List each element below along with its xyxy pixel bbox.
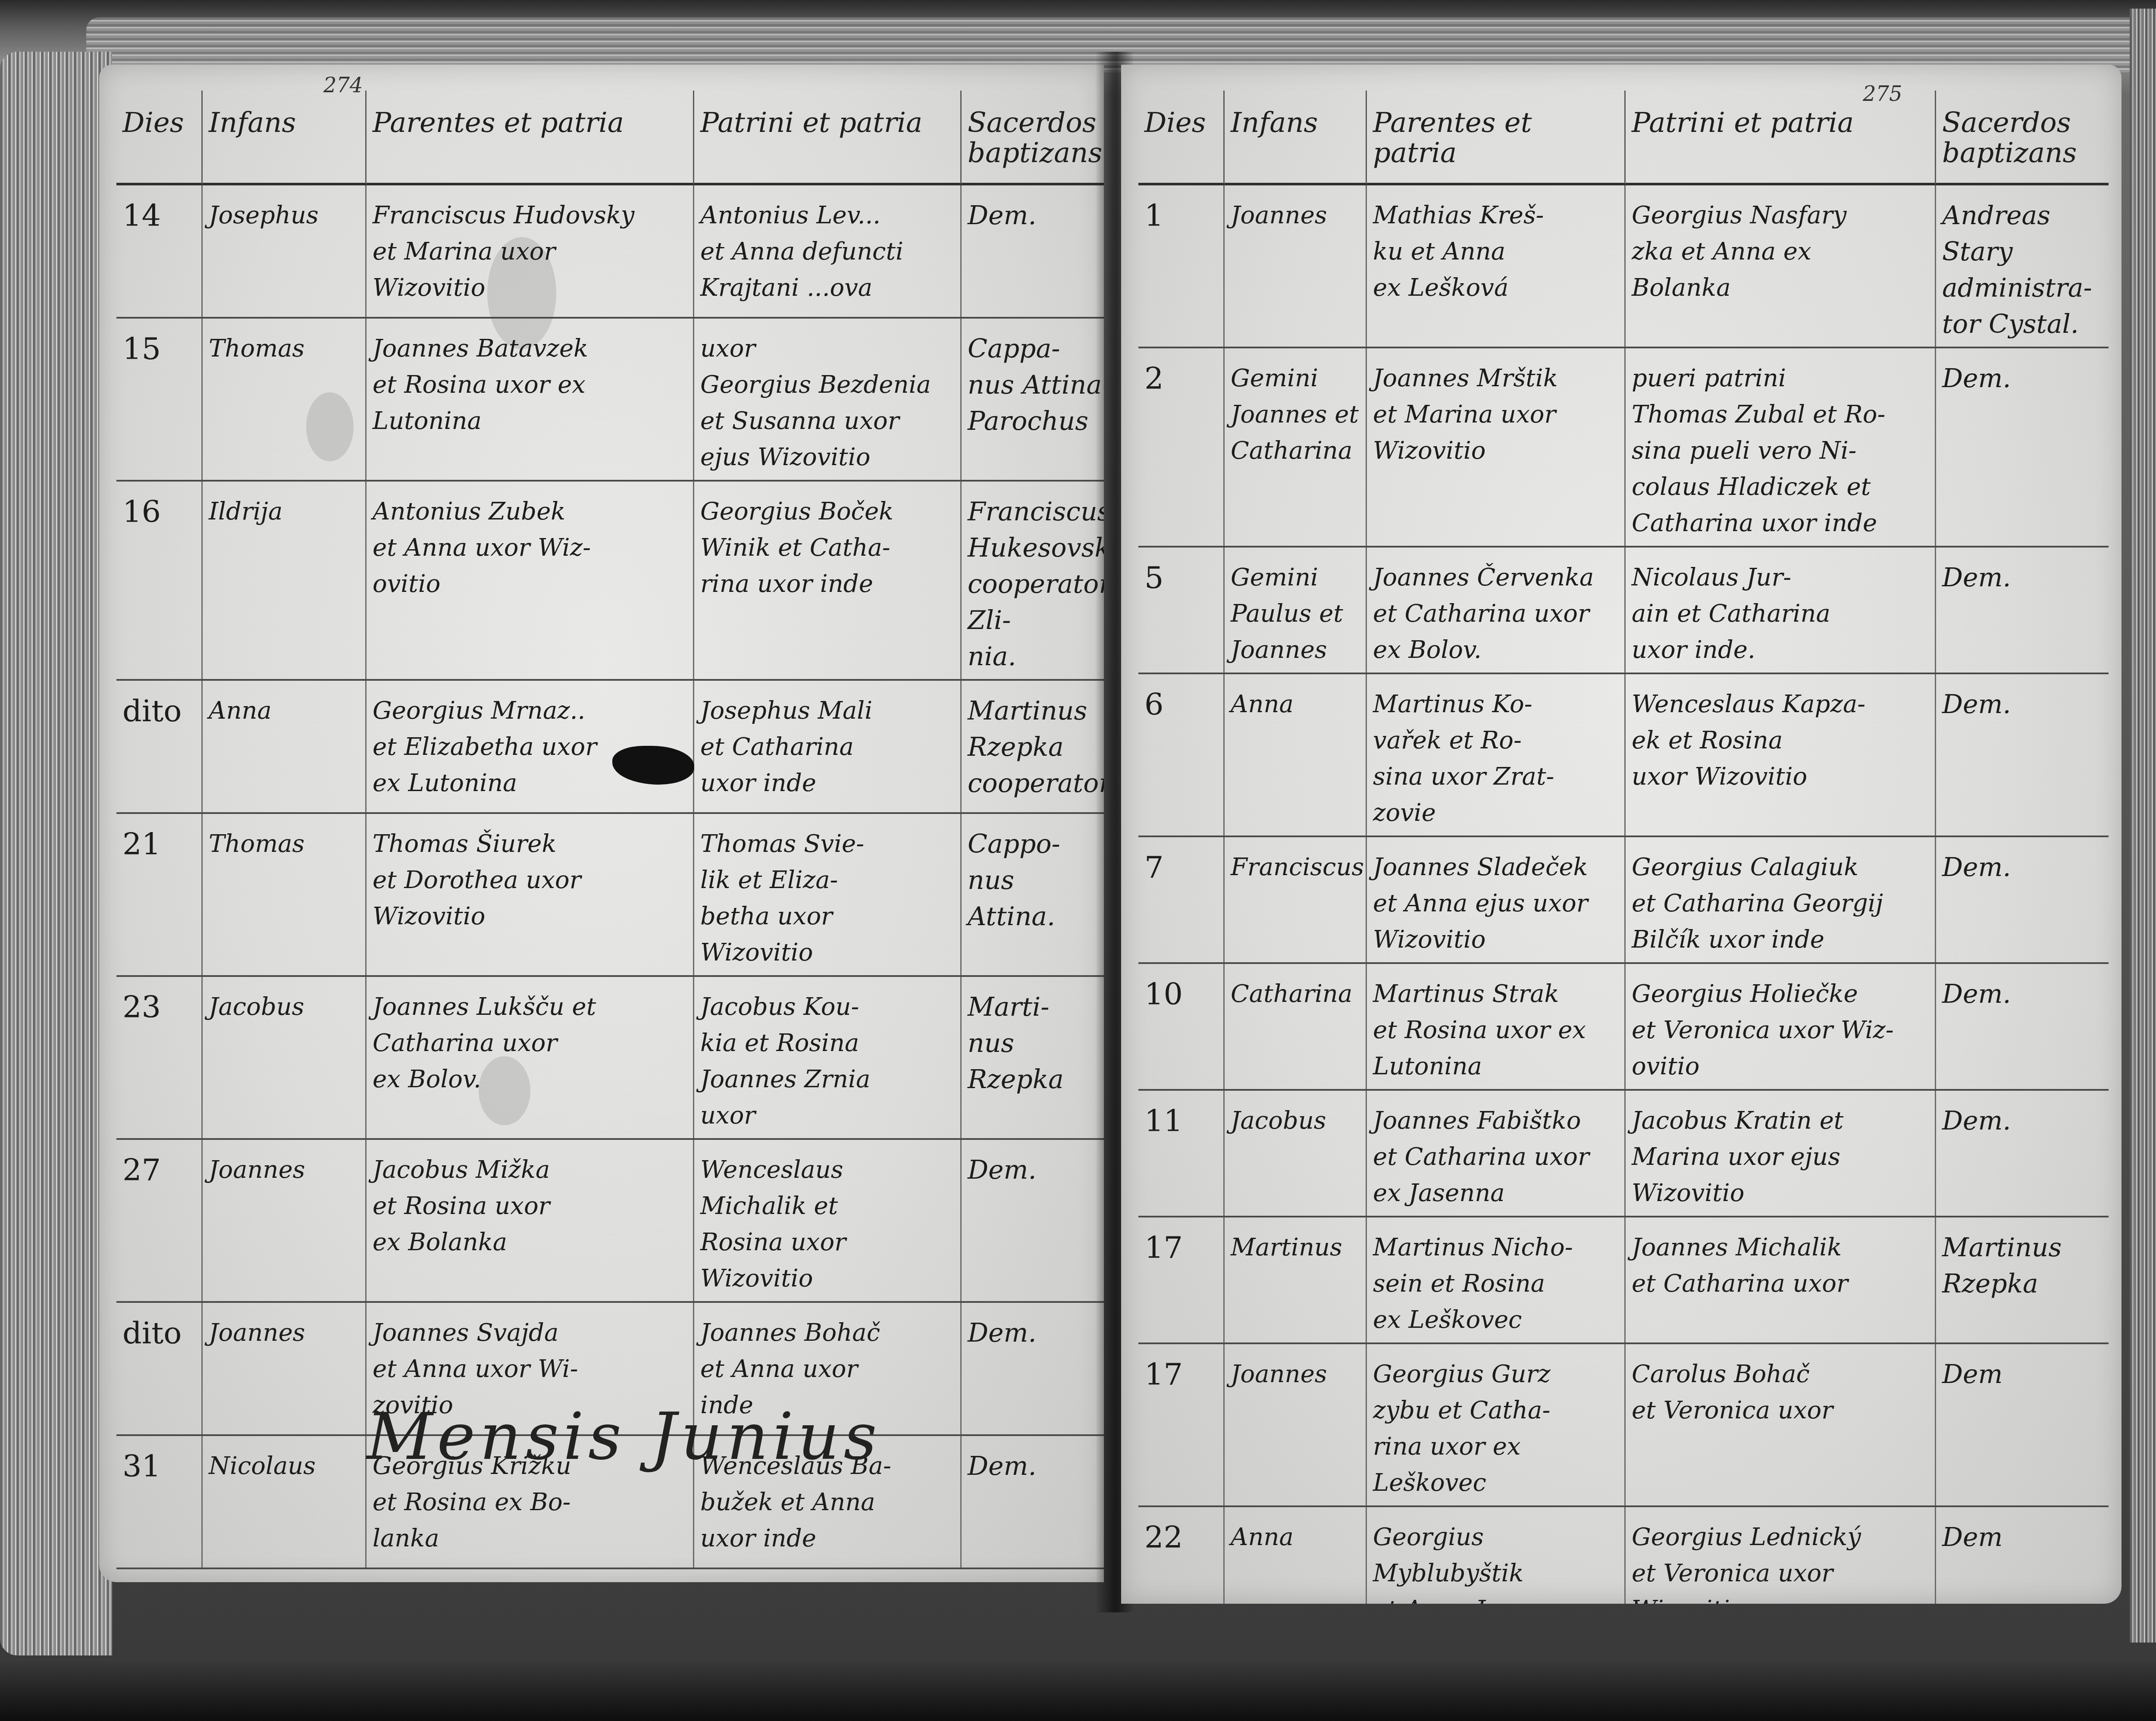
entry-infant: Jacobus bbox=[203, 977, 367, 1138]
register-entry: 22AnnaGeorgius Myblubyštik et Anna Jasen… bbox=[1138, 1507, 2109, 1604]
entry-godparents: uxor Georgius Bezdenia et Susanna uxor e… bbox=[694, 319, 962, 480]
register-entry: 5Gemini Paulus et JoannesJoannes Červenk… bbox=[1138, 548, 2109, 674]
entry-godparents: Georgius Nasfary zka et Anna ex Bolanka bbox=[1626, 185, 1936, 347]
entry-infant: Joannes bbox=[203, 1303, 367, 1434]
entry-celebrant: Cappo- nus Attina. bbox=[962, 814, 1104, 975]
entry-parents: Joannes Sladeček et Anna ejus uxor Wizov… bbox=[1367, 837, 1626, 962]
entry-godparents: Georgius Lednický et Veronica uxor Wizov… bbox=[1626, 1507, 1936, 1604]
entry-godparents: Joannes Michalik et Catharina uxor bbox=[1626, 1217, 1936, 1342]
register-rows: 1JoannesMathias Kreš- ku et Anna ex Lešk… bbox=[1138, 185, 2109, 1604]
entry-day: 17 bbox=[1138, 1344, 1225, 1505]
entry-day: 15 bbox=[116, 319, 203, 480]
entry-godparents: Wenceslaus Michalik et Rosina uxor Wizov… bbox=[694, 1140, 962, 1301]
left-page: 274 Dies Infans Parentes et patria Patri… bbox=[99, 65, 1104, 1582]
entry-parents: Joannes Fabištko et Catharina uxor ex Ja… bbox=[1367, 1091, 1626, 1216]
entry-parents: Thomas Šiurek et Dorothea uxor Wizovitio bbox=[367, 814, 694, 975]
entry-celebrant: Marti- nus Rzepka bbox=[962, 977, 1104, 1138]
entry-celebrant: Franciscus Hukesovsky cooperator Zli- ni… bbox=[962, 482, 1104, 679]
entry-celebrant: Dem bbox=[1936, 1344, 2109, 1505]
entry-infant: Anna bbox=[203, 681, 367, 812]
entry-godparents: Carolus Bohač et Veronica uxor bbox=[1626, 1344, 1936, 1505]
entry-day: 31 bbox=[116, 1436, 203, 1568]
entry-infant: Thomas bbox=[203, 319, 367, 480]
entry-godparents: Jacobus Kou- kia et Rosina Joannes Zrnia… bbox=[694, 977, 962, 1138]
entry-celebrant: Dem. bbox=[1936, 348, 2109, 546]
entry-celebrant: Dem. bbox=[962, 185, 1104, 317]
entry-parents: Georgius Gurz zybu et Catha- rina uxor e… bbox=[1367, 1344, 1626, 1505]
entry-infant: Thomas bbox=[203, 814, 367, 975]
entry-day: dito bbox=[116, 1303, 203, 1434]
right-page-stack bbox=[2130, 9, 2156, 1643]
entry-infant: Martinus bbox=[1225, 1217, 1367, 1342]
entry-day: 10 bbox=[1138, 964, 1225, 1089]
entry-celebrant: Dem. bbox=[1936, 674, 2109, 835]
entry-parents: Joannes Batavzek et Rosina uxor ex Luton… bbox=[367, 319, 694, 480]
entry-infant: Gemini Joannes et Catharina bbox=[1225, 348, 1367, 546]
entry-day: 2 bbox=[1138, 348, 1225, 546]
column-header-parents: Parentes et patria bbox=[367, 91, 694, 185]
entry-celebrant: Dem. bbox=[962, 1140, 1104, 1301]
entry-infant: Josephus bbox=[203, 185, 367, 317]
entry-infant: Anna bbox=[1225, 674, 1367, 835]
entry-parents: Jacobus Mižka et Rosina uxor ex Bolanka bbox=[367, 1140, 694, 1301]
entry-celebrant: Dem. bbox=[1936, 964, 2109, 1089]
entry-celebrant: Dem. bbox=[1936, 548, 2109, 673]
column-header-celebrant: Sacerdos baptizans bbox=[962, 91, 1104, 185]
entry-parents: Joannes Červenka et Catharina uxor ex Bo… bbox=[1367, 548, 1626, 673]
entry-infant: Franciscus bbox=[1225, 837, 1367, 962]
register-table: Dies Infans Parentes et patria Patrini e… bbox=[1138, 91, 2109, 1591]
register-entry: 21ThomasThomas Šiurek et Dorothea uxor W… bbox=[116, 814, 1104, 977]
register-entry: 17JoannesGeorgius Gurz zybu et Catha- ri… bbox=[1138, 1344, 2109, 1507]
entry-day: 1 bbox=[1138, 185, 1225, 347]
entry-celebrant: Dem. bbox=[1936, 837, 2109, 962]
entry-infant: Catharina bbox=[1225, 964, 1367, 1089]
left-page-stack bbox=[0, 52, 112, 1655]
entry-celebrant: Dem. bbox=[962, 1436, 1104, 1568]
column-header-godparents: Patrini et patria bbox=[694, 91, 962, 185]
entry-godparents: Jacobus Kratin et Marina uxor ejus Wizov… bbox=[1626, 1091, 1936, 1216]
register-entry: 6AnnaMartinus Ko- vařek et Ro- sina uxor… bbox=[1138, 674, 2109, 837]
entry-day: 5 bbox=[1138, 548, 1225, 673]
register-entry: 15ThomasJoannes Batavzek et Rosina uxor … bbox=[116, 319, 1104, 482]
entry-parents: Joannes Mrštik et Marina uxor Wizovitio bbox=[1367, 348, 1626, 546]
register-table: Dies Infans Parentes et patria Patrini e… bbox=[116, 91, 1091, 1569]
entry-day: 17 bbox=[1138, 1217, 1225, 1342]
entry-day: 22 bbox=[1138, 1507, 1225, 1604]
column-header-infant: Infans bbox=[203, 91, 367, 185]
entry-celebrant: Dem bbox=[1936, 1507, 2109, 1604]
register-entry: 7FranciscusJoannes Sladeček et Anna ejus… bbox=[1138, 837, 2109, 964]
month-note: Mensis Junius bbox=[367, 1399, 881, 1474]
register-entry: 11JacobusJoannes Fabištko et Catharina u… bbox=[1138, 1091, 2109, 1217]
column-header-infant: Infans bbox=[1225, 91, 1367, 185]
column-header-day: Dies bbox=[1138, 91, 1225, 185]
entry-godparents: Georgius Boček Winik et Catha- rina uxor… bbox=[694, 482, 962, 679]
register-entry: 27JoannesJacobus Mižka et Rosina uxor ex… bbox=[116, 1140, 1104, 1303]
entry-godparents: Thomas Svie- lik et Eliza- betha uxor Wi… bbox=[694, 814, 962, 975]
entry-parents: Antonius Zubek et Anna uxor Wiz- ovitio bbox=[367, 482, 694, 679]
entry-day: 27 bbox=[116, 1140, 203, 1301]
book-scan: 274 Dies Infans Parentes et patria Patri… bbox=[0, 0, 2156, 1721]
column-header-parents: Parentes et patria bbox=[1367, 91, 1626, 185]
entry-day: 23 bbox=[116, 977, 203, 1138]
register-entry: 14JosephusFranciscus Hudovsky et Marina … bbox=[116, 185, 1104, 319]
entry-infant: Ildrija bbox=[203, 482, 367, 679]
register-entry: 23JacobusJoannes Lukšču et Catharina uxo… bbox=[116, 977, 1104, 1140]
register-entry: 17MartinusMartinus Nicho- sein et Rosina… bbox=[1138, 1217, 2109, 1344]
entry-celebrant: Dem. bbox=[962, 1303, 1104, 1434]
entry-celebrant: Dem. bbox=[1936, 1091, 2109, 1216]
entry-infant: Joannes bbox=[203, 1140, 367, 1301]
entry-parents: Joannes Lukšču et Catharina uxor ex Bolo… bbox=[367, 977, 694, 1138]
entry-day: 21 bbox=[116, 814, 203, 975]
entry-infant: Joannes bbox=[1225, 1344, 1367, 1505]
entry-godparents: Josephus Mali et Catharina uxor inde bbox=[694, 681, 962, 812]
register-entry: 1JoannesMathias Kreš- ku et Anna ex Lešk… bbox=[1138, 185, 2109, 348]
entry-parents: Martinus Strak et Rosina uxor ex Lutonin… bbox=[1367, 964, 1626, 1089]
entry-parents: Franciscus Hudovsky et Marina uxor Wizov… bbox=[367, 185, 694, 317]
entry-parents: Mathias Kreš- ku et Anna ex Lešková bbox=[1367, 185, 1626, 347]
entry-celebrant: Cappa- nus Attina Parochus bbox=[962, 319, 1104, 480]
register-rows: 14JosephusFranciscus Hudovsky et Marina … bbox=[116, 185, 1104, 1569]
entry-day: 14 bbox=[116, 185, 203, 317]
entry-godparents: Georgius Calagiuk et Catharina Georgij B… bbox=[1626, 837, 1936, 962]
entry-day: 16 bbox=[116, 482, 203, 679]
right-page: 275 Dies Infans Parentes et patria Patri… bbox=[1121, 65, 2122, 1604]
entry-parents: Georgius Myblubyštik et Anna Jasen- na bbox=[1367, 1507, 1626, 1604]
register-entry: 10CatharinaMartinus Strak et Rosina uxor… bbox=[1138, 964, 2109, 1091]
entry-infant: Jacobus bbox=[1225, 1091, 1367, 1216]
entry-infant: Anna bbox=[1225, 1507, 1367, 1604]
entry-parents: Martinus Nicho- sein et Rosina ex Leškov… bbox=[1367, 1217, 1626, 1342]
entry-godparents: Georgius Holiečke et Veronica uxor Wiz- … bbox=[1626, 964, 1936, 1089]
register-entry: ditoAnnaGeorgius Mrnaz.. et Elizabetha u… bbox=[116, 681, 1104, 814]
entry-godparents: pueri patrini Thomas Zubal et Ro- sina p… bbox=[1626, 348, 1936, 546]
column-header-day: Dies bbox=[116, 91, 203, 185]
entry-godparents: Antonius Lev... et Anna defuncti Krajtan… bbox=[694, 185, 962, 317]
entry-godparents: Wenceslaus Kapza- ek et Rosina uxor Wizo… bbox=[1626, 674, 1936, 835]
entry-celebrant: Andreas Stary administra- tor Cystal. bbox=[1936, 185, 2109, 347]
entry-celebrant: Martinus Rzepka bbox=[1936, 1217, 2109, 1342]
entry-day: 11 bbox=[1138, 1091, 1225, 1216]
register-entry: 16IldrijaAntonius Zubek et Anna uxor Wiz… bbox=[116, 482, 1104, 681]
column-header-celebrant: Sacerdos baptizans bbox=[1936, 91, 2109, 185]
entry-day: dito bbox=[116, 681, 203, 812]
entry-infant: Gemini Paulus et Joannes bbox=[1225, 548, 1367, 673]
entry-day: 6 bbox=[1138, 674, 1225, 835]
entry-day: 7 bbox=[1138, 837, 1225, 962]
entry-godparents: Nicolaus Jur- ain et Catharina uxor inde… bbox=[1626, 548, 1936, 673]
entry-celebrant: Martinus Rzepka cooperator bbox=[962, 681, 1104, 812]
register-entry: 2Gemini Joannes et CatharinaJoannes Mršt… bbox=[1138, 348, 2109, 548]
entry-infant: Joannes bbox=[1225, 185, 1367, 347]
entry-parents: Martinus Ko- vařek et Ro- sina uxor Zrat… bbox=[1367, 674, 1626, 835]
column-header-godparents: Patrini et patria bbox=[1626, 91, 1936, 185]
entry-infant: Nicolaus bbox=[203, 1436, 367, 1568]
